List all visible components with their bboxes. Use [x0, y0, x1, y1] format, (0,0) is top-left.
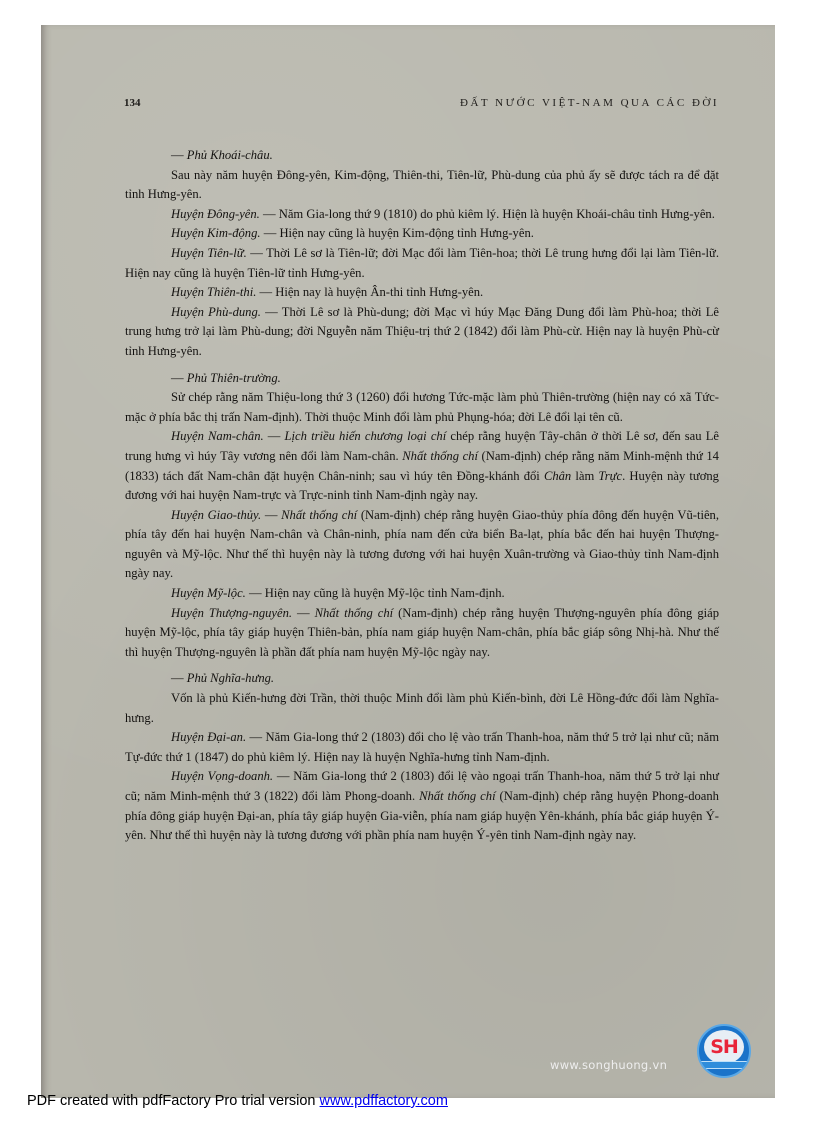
- paragraph: Sau này năm huyện Đông-yên, Kim-động, Th…: [125, 166, 719, 205]
- running-title: ĐẤT NƯỚC VIỆT-NAM QUA CÁC ĐỜI: [460, 97, 719, 109]
- page-number: 134: [124, 97, 141, 109]
- district-entry: Huyện Giao-thủy. — Nhất thống chí (Nam-đ…: [125, 506, 719, 584]
- section-heading: — Phủ Thiên-trường.: [125, 369, 719, 389]
- section-heading: — Phủ Khoái-châu.: [125, 146, 719, 166]
- paragraph: Vốn là phủ Kiến-hưng đời Trần, thời thuộ…: [125, 689, 719, 728]
- watermark-url: www.songhuong.vn: [550, 1058, 667, 1072]
- body-text: — Phủ Khoái-châu.Sau này năm huyện Đông-…: [125, 146, 719, 846]
- district-entry: Huyện Vọng-doanh. — Năm Gia-long thứ 2 (…: [125, 767, 719, 845]
- district-entry: Huyện Kim-động. — Hiện nay cũng là huyện…: [125, 224, 719, 244]
- section-heading: — Phủ Nghĩa-hưng.: [125, 669, 719, 689]
- footer-text: PDF created with pdfFactory Pro trial ve…: [27, 1093, 320, 1109]
- district-entry: Huyện Đông-yên. — Năm Gia-long thứ 9 (18…: [125, 205, 719, 225]
- paragraph: Sử chép rằng năm Thiệu-long thứ 3 (1260)…: [125, 388, 719, 427]
- songhuong-logo-icon: SH: [697, 1024, 751, 1078]
- district-entry: Huyện Phù-dung. — Thời Lê sơ là Phù-dung…: [125, 303, 719, 362]
- pdf-footer: PDF created with pdfFactory Pro trial ve…: [27, 1093, 448, 1109]
- district-entry: Huyện Đại-an. — Năm Gia-long thứ 2 (1803…: [125, 728, 719, 767]
- pdffactory-link[interactable]: www.pdffactory.com: [320, 1093, 448, 1109]
- district-entry: Huyện Nam-chân. — Lịch triều hiến chương…: [125, 427, 719, 505]
- page-header: 134 ĐẤT NƯỚC VIỆT-NAM QUA CÁC ĐỜI: [124, 97, 719, 109]
- logo-letters: SH: [704, 1030, 744, 1064]
- district-entry: Huyện Tiên-lữ. — Thời Lê sơ là Tiên-lữ; …: [125, 244, 719, 283]
- logo-band: [697, 1061, 751, 1069]
- district-entry: Huyện Thiên-thi. — Hiện nay là huyện Ân-…: [125, 283, 719, 303]
- district-entry: Huyện Thượng-nguyên. — Nhất thống chí (N…: [125, 604, 719, 663]
- district-entry: Huyện Mỹ-lộc. — Hiện nay cũng là huyện M…: [125, 584, 719, 604]
